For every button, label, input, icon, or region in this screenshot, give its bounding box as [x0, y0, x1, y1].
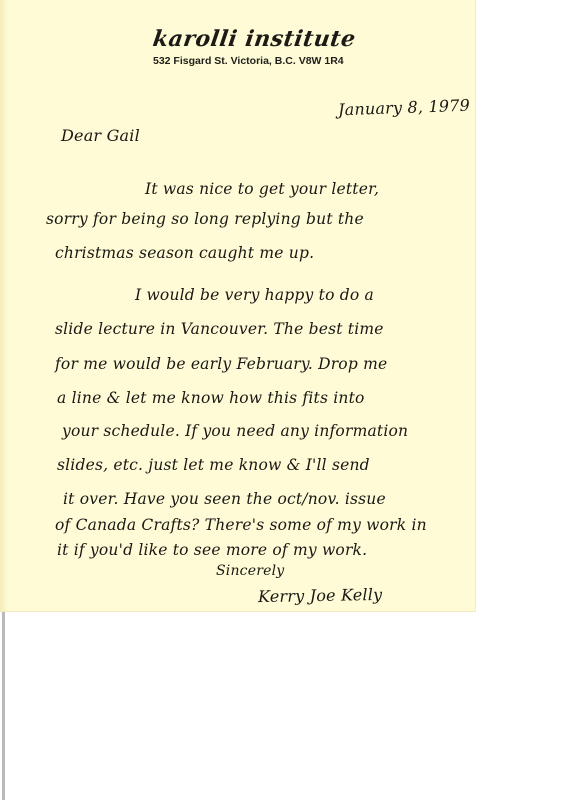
salutation: Dear Gail — [61, 126, 140, 145]
body-line: slide lecture in Vancouver. The best tim… — [55, 320, 384, 338]
letterhead: karolli institute 532 Fisgard St. Victor… — [153, 26, 383, 67]
body-line: It was nice to get your letter, — [145, 180, 379, 198]
body-line: your schedule. If you need any informati… — [62, 422, 408, 440]
body-line: sorry for being so long replying but the — [46, 210, 364, 228]
scan-edge — [2, 612, 5, 800]
closing: Sincerely — [216, 563, 284, 579]
body-line: for me would be early February. Drop me — [55, 355, 387, 373]
body-line: it over. Have you seen the oct/nov. issu… — [63, 490, 386, 508]
body-line: I would be very happy to do a — [135, 286, 374, 304]
body-line: it if you'd like to see more of my work. — [57, 541, 367, 559]
body-line: christmas season caught me up. — [55, 244, 314, 262]
body-line: slides, etc. just let me know & I'll sen… — [57, 456, 370, 474]
body-line: a line & let me know how this fits into — [57, 389, 365, 407]
institute-address: 532 Fisgard St. Victoria, B.C. V8W 1R4 — [153, 55, 383, 67]
letter-page: karolli institute 532 Fisgard St. Victor… — [0, 0, 476, 612]
letter-date: January 8, 1979 — [338, 96, 471, 120]
body-line: of Canada Crafts? There's some of my wor… — [55, 516, 427, 534]
signature: Kerry Joe Kelly — [258, 585, 383, 606]
institute-name: karolli institute — [151, 26, 357, 52]
